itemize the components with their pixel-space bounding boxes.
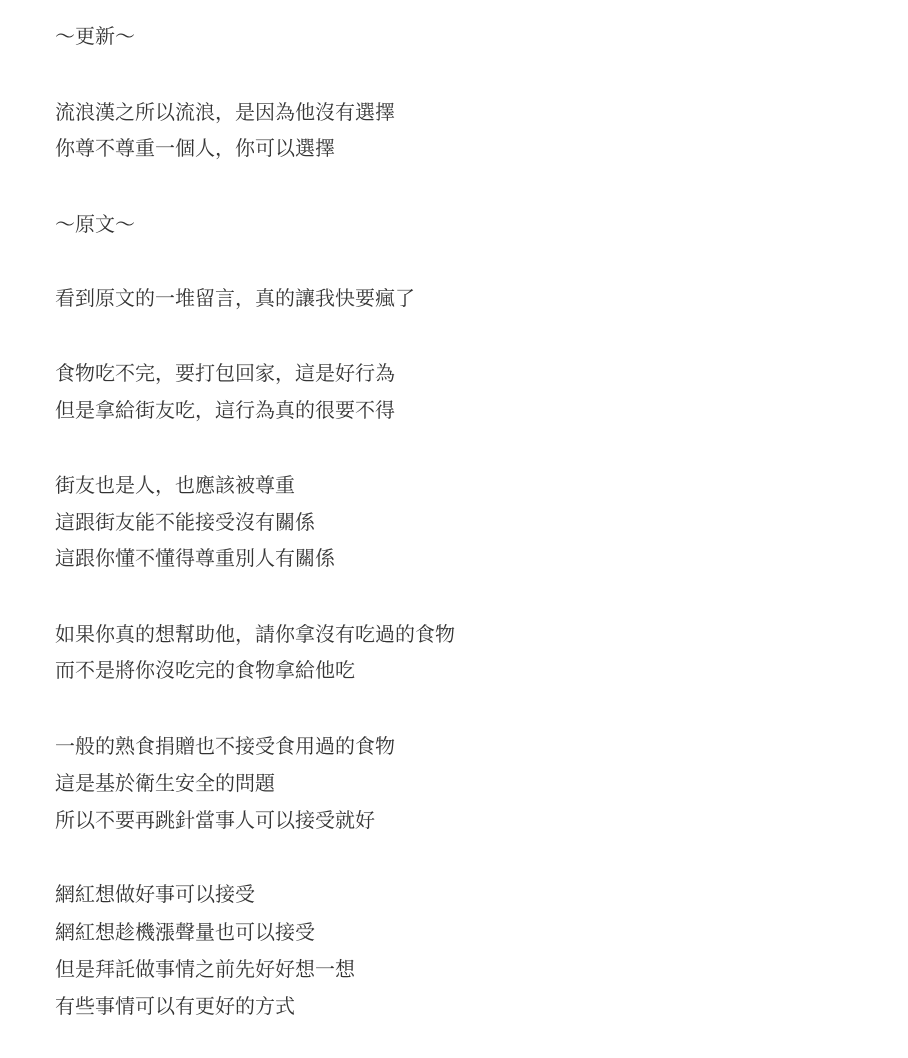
paragraph-line: 這跟你懂不懂得尊重別人有關係 [55,544,335,572]
paragraph-line: 有些事情可以有更好的方式 [55,992,295,1020]
paragraph-line: 網紅想趁機漲聲量也可以接受 [55,918,315,946]
paragraph-line: 街友也是人，也應該被尊重 [55,471,295,499]
paragraph-line: 而不是將你沒吃完的食物拿給他吃 [55,656,355,684]
paragraph-line: 所以不要再跳針當事人可以接受就好 [55,806,375,834]
paragraph-line: 食物吃不完，要打包回家，這是好行為 [55,359,395,387]
paragraph-line: 但是拿給街友吃，這行為真的很要不得 [55,396,395,424]
paragraph-line: 流浪漢之所以流浪，是因為他沒有選擇 [55,98,395,126]
paragraph-line: 這跟街友能不能接受沒有關係 [55,508,315,536]
paragraph-line: 網紅想做好事可以接受 [55,880,255,908]
paragraph-line: 你尊不尊重一個人，你可以選擇 [55,134,335,162]
paragraph-line: 這是基於衛生安全的問題 [55,769,275,797]
paragraph-line: 如果你真的想幫助他，請你拿沒有吃過的食物 [55,620,455,648]
paragraph-line: 看到原文的一堆留言，真的讓我快要瘋了 [55,284,415,312]
paragraph-line: 一般的熟食捐贈也不接受食用過的食物 [55,732,395,760]
original-heading: ～原文～ [55,210,135,238]
update-heading: ～更新～ [55,22,135,50]
paragraph-line: 但是拜託做事情之前先好好想一想 [55,955,355,983]
